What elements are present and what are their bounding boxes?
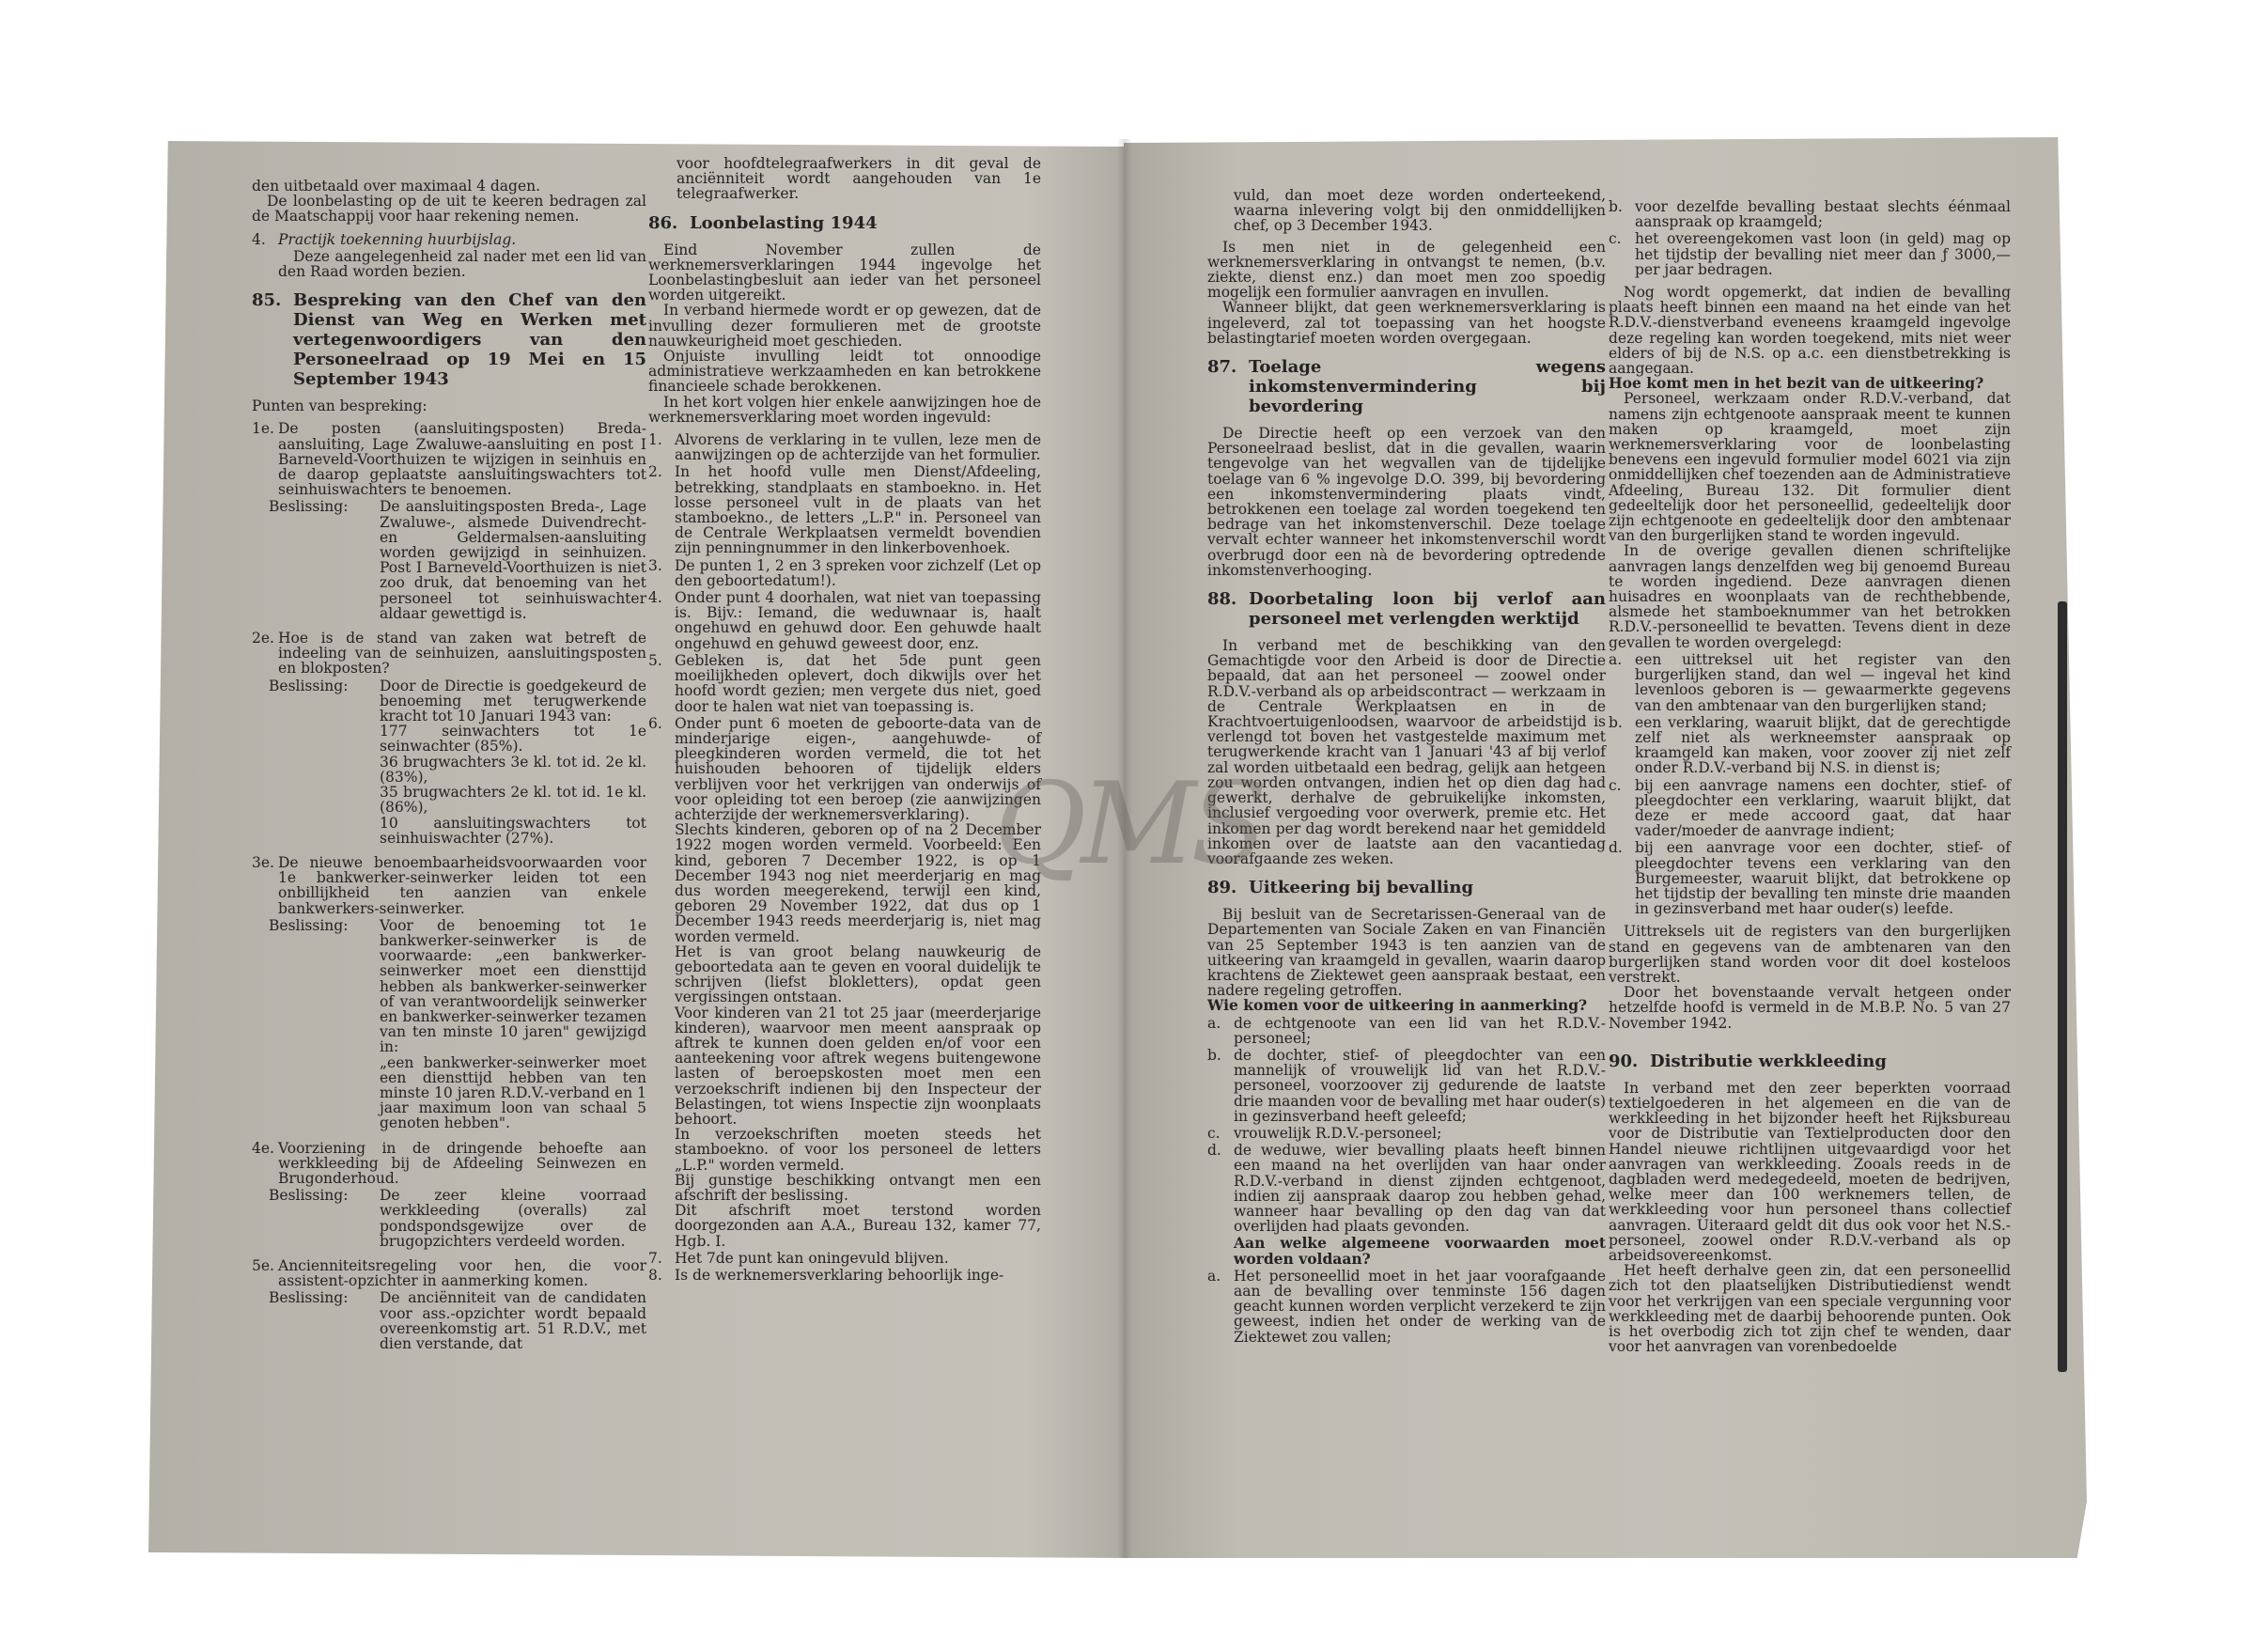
section-89-heading: 89. Uitkeering bij bevalling [1207, 878, 1606, 897]
paragraph: De Directie heeft op een verzoek van den… [1207, 426, 1606, 578]
subheading: Wie komen voor de uitkeering in aanmerki… [1207, 998, 1606, 1013]
list-item: c.vrouwelijk R.D.V.-personeel; [1207, 1126, 1606, 1141]
list-item: d.bij een aanvrage voor een dochter, sti… [1609, 840, 2011, 916]
list-item: 8.Is de werknemersverklaring behoorlijk … [648, 1268, 1041, 1283]
list-item: c.bij een aanvrage namens een dochter, s… [1609, 778, 2011, 839]
section-86-heading: 86. Loonbelasting 1944 [648, 213, 1041, 233]
section-87-heading: 87. Toelage wegens inkomstenvermindering… [1207, 357, 1606, 416]
list-item: d.de weduwe, wier bevalling plaats heeft… [1207, 1143, 1606, 1234]
paragraph: Eind November zullen de werknemersverkla… [648, 242, 1041, 304]
intro-line: den uitbetaald over maximaal 4 dagen. [252, 179, 646, 194]
column-2: voor hoofdtelegraafwerkers in dit geval … [648, 156, 1041, 1285]
list-item: 4.Onder punt 4 doorhalen, wat niet van t… [648, 590, 1041, 651]
list-item: 6. Onder punt 6 moeten de geboorte-data … [648, 716, 1041, 1249]
paragraph: Door het bovenstaande vervalt hetgeen on… [1609, 985, 2011, 1031]
column-3: vuld, dan moet deze worden onderteekend,… [1207, 188, 1606, 1347]
decision-1e: Beslissing: De aansluitingsposten Breda-… [269, 499, 646, 621]
document-photo: den uitbetaald over maximaal 4 dagen. De… [0, 0, 2255, 1652]
decision-3e: Beslissing: Voor de benoeming tot 1e ban… [269, 918, 646, 1131]
decision-4e: Beslissing: De zeer kleine voorraad werk… [269, 1188, 646, 1249]
list-item: c.het overeengekomen vast loon (in geld)… [1609, 231, 2011, 277]
column-1: den uitbetaald over maximaal 4 dagen. De… [252, 179, 646, 1353]
list-item: 3.De punten 1, 2 en 3 spreken voor zichz… [648, 558, 1041, 588]
list-item: b.een verklaring, waaruit blijkt, dat de… [1609, 715, 2011, 776]
paragraph: Bij besluit van de Secretarissen-Generaa… [1207, 907, 1606, 998]
list-item: b.voor dezelfde bevalling bestaat slecht… [1609, 199, 2011, 229]
decision-2e: Beslissing: Door de Directie is goedgeke… [269, 678, 646, 846]
list-item: a.de echtgenoote van een lid van het R.D… [1207, 1016, 1606, 1046]
point-5e: 5e. Ancienniteitsregeling voor hen, die … [252, 1258, 646, 1288]
list-item: 1.Alvorens de verklaring in te vullen, l… [648, 432, 1041, 462]
paragraph: Wanneer blijkt, dat geen werknemersverkl… [1207, 300, 1606, 346]
intro: vuld, dan moet deze worden onderteekend,… [1234, 188, 1606, 234]
item-4-text: Deze aangelegenheid zal nader met een li… [278, 249, 646, 279]
paragraph: In het kort volgen hier enkele aanwijzin… [648, 395, 1041, 425]
list-item: 7.Het 7de punt kan oningevuld blijven. [648, 1251, 1041, 1266]
list-item: a.Het personeellid moet in het jaar voor… [1207, 1269, 1606, 1345]
list-item: 5.Gebleken is, dat het 5de punt geen moe… [648, 653, 1041, 714]
section-88-heading: 88. Doorbetaling loon bij verlof aan per… [1207, 589, 1606, 629]
list-item: b.de dochter, stief- of pleegdochter van… [1207, 1048, 1606, 1124]
intro-line: De loonbelasting op de uit te keeren bed… [252, 194, 646, 224]
paragraph: Personeel, werkzaam onder R.D.V.-verband… [1609, 391, 2011, 543]
paragraph: Onjuiste invulling leidt tot onnoodige a… [648, 349, 1041, 395]
subheading: Hoe komt men in het bezit van de uitkeer… [1609, 376, 2011, 391]
paragraph: In verband met de beschikking van den Ge… [1207, 638, 1606, 866]
section-85-heading: 85. Bespreking van den Chef van den Dien… [252, 290, 646, 389]
point-4e: 4e. Voorziening in de dringende behoefte… [252, 1141, 646, 1187]
paragraph: Is men niet in de gelegenheid een werkne… [1207, 240, 1606, 301]
point-1e: 1e. De posten (aansluitingsposten) Breda… [252, 421, 646, 497]
page-edge-shadow [2058, 601, 2067, 1372]
section-85-subheading: Punten van bespreking: [252, 398, 646, 413]
paragraph: In verband hiermede wordt er op gewezen,… [648, 303, 1041, 349]
intro: voor hoofdtelegraafwerkers in dit geval … [676, 156, 1041, 202]
section-90-heading: 90. Distributie werkkleeding [1609, 1052, 2011, 1071]
point-3e: 3e. De nieuwe benoembaarheidsvoorwaarden… [252, 855, 646, 916]
column-4: b.voor dezelfde bevalling bestaat slecht… [1609, 197, 2011, 1354]
watermark-logo: QMS [994, 759, 1262, 890]
paragraph: In de overige gevallen dienen schrifteli… [1609, 543, 2011, 649]
list-item: 2.In het hoofd vulle men Dienst/Afdeelin… [648, 464, 1041, 555]
paragraph: Het heeft derhalve geen zin, dat een per… [1609, 1263, 2011, 1354]
point-2e: 2e. Hoe is de stand van zaken wat betref… [252, 631, 646, 677]
paragraph: Uittreksels uit de registers van den bur… [1609, 924, 2011, 985]
subheading: Aan welke algemeene voorwaarden moet wor… [1234, 1236, 1606, 1266]
list-item: a.een uittreksel uit het register van de… [1609, 652, 2011, 713]
decision-5e: Beslissing: De anciënniteit van de candi… [269, 1290, 646, 1351]
item-4: 4. Practijk toekenning huurbijslag. [252, 232, 646, 247]
paragraph: In verband met den zeer beperkten voorra… [1609, 1081, 2011, 1263]
paragraph: Nog wordt opgemerkt, dat indien de beval… [1609, 285, 2011, 376]
